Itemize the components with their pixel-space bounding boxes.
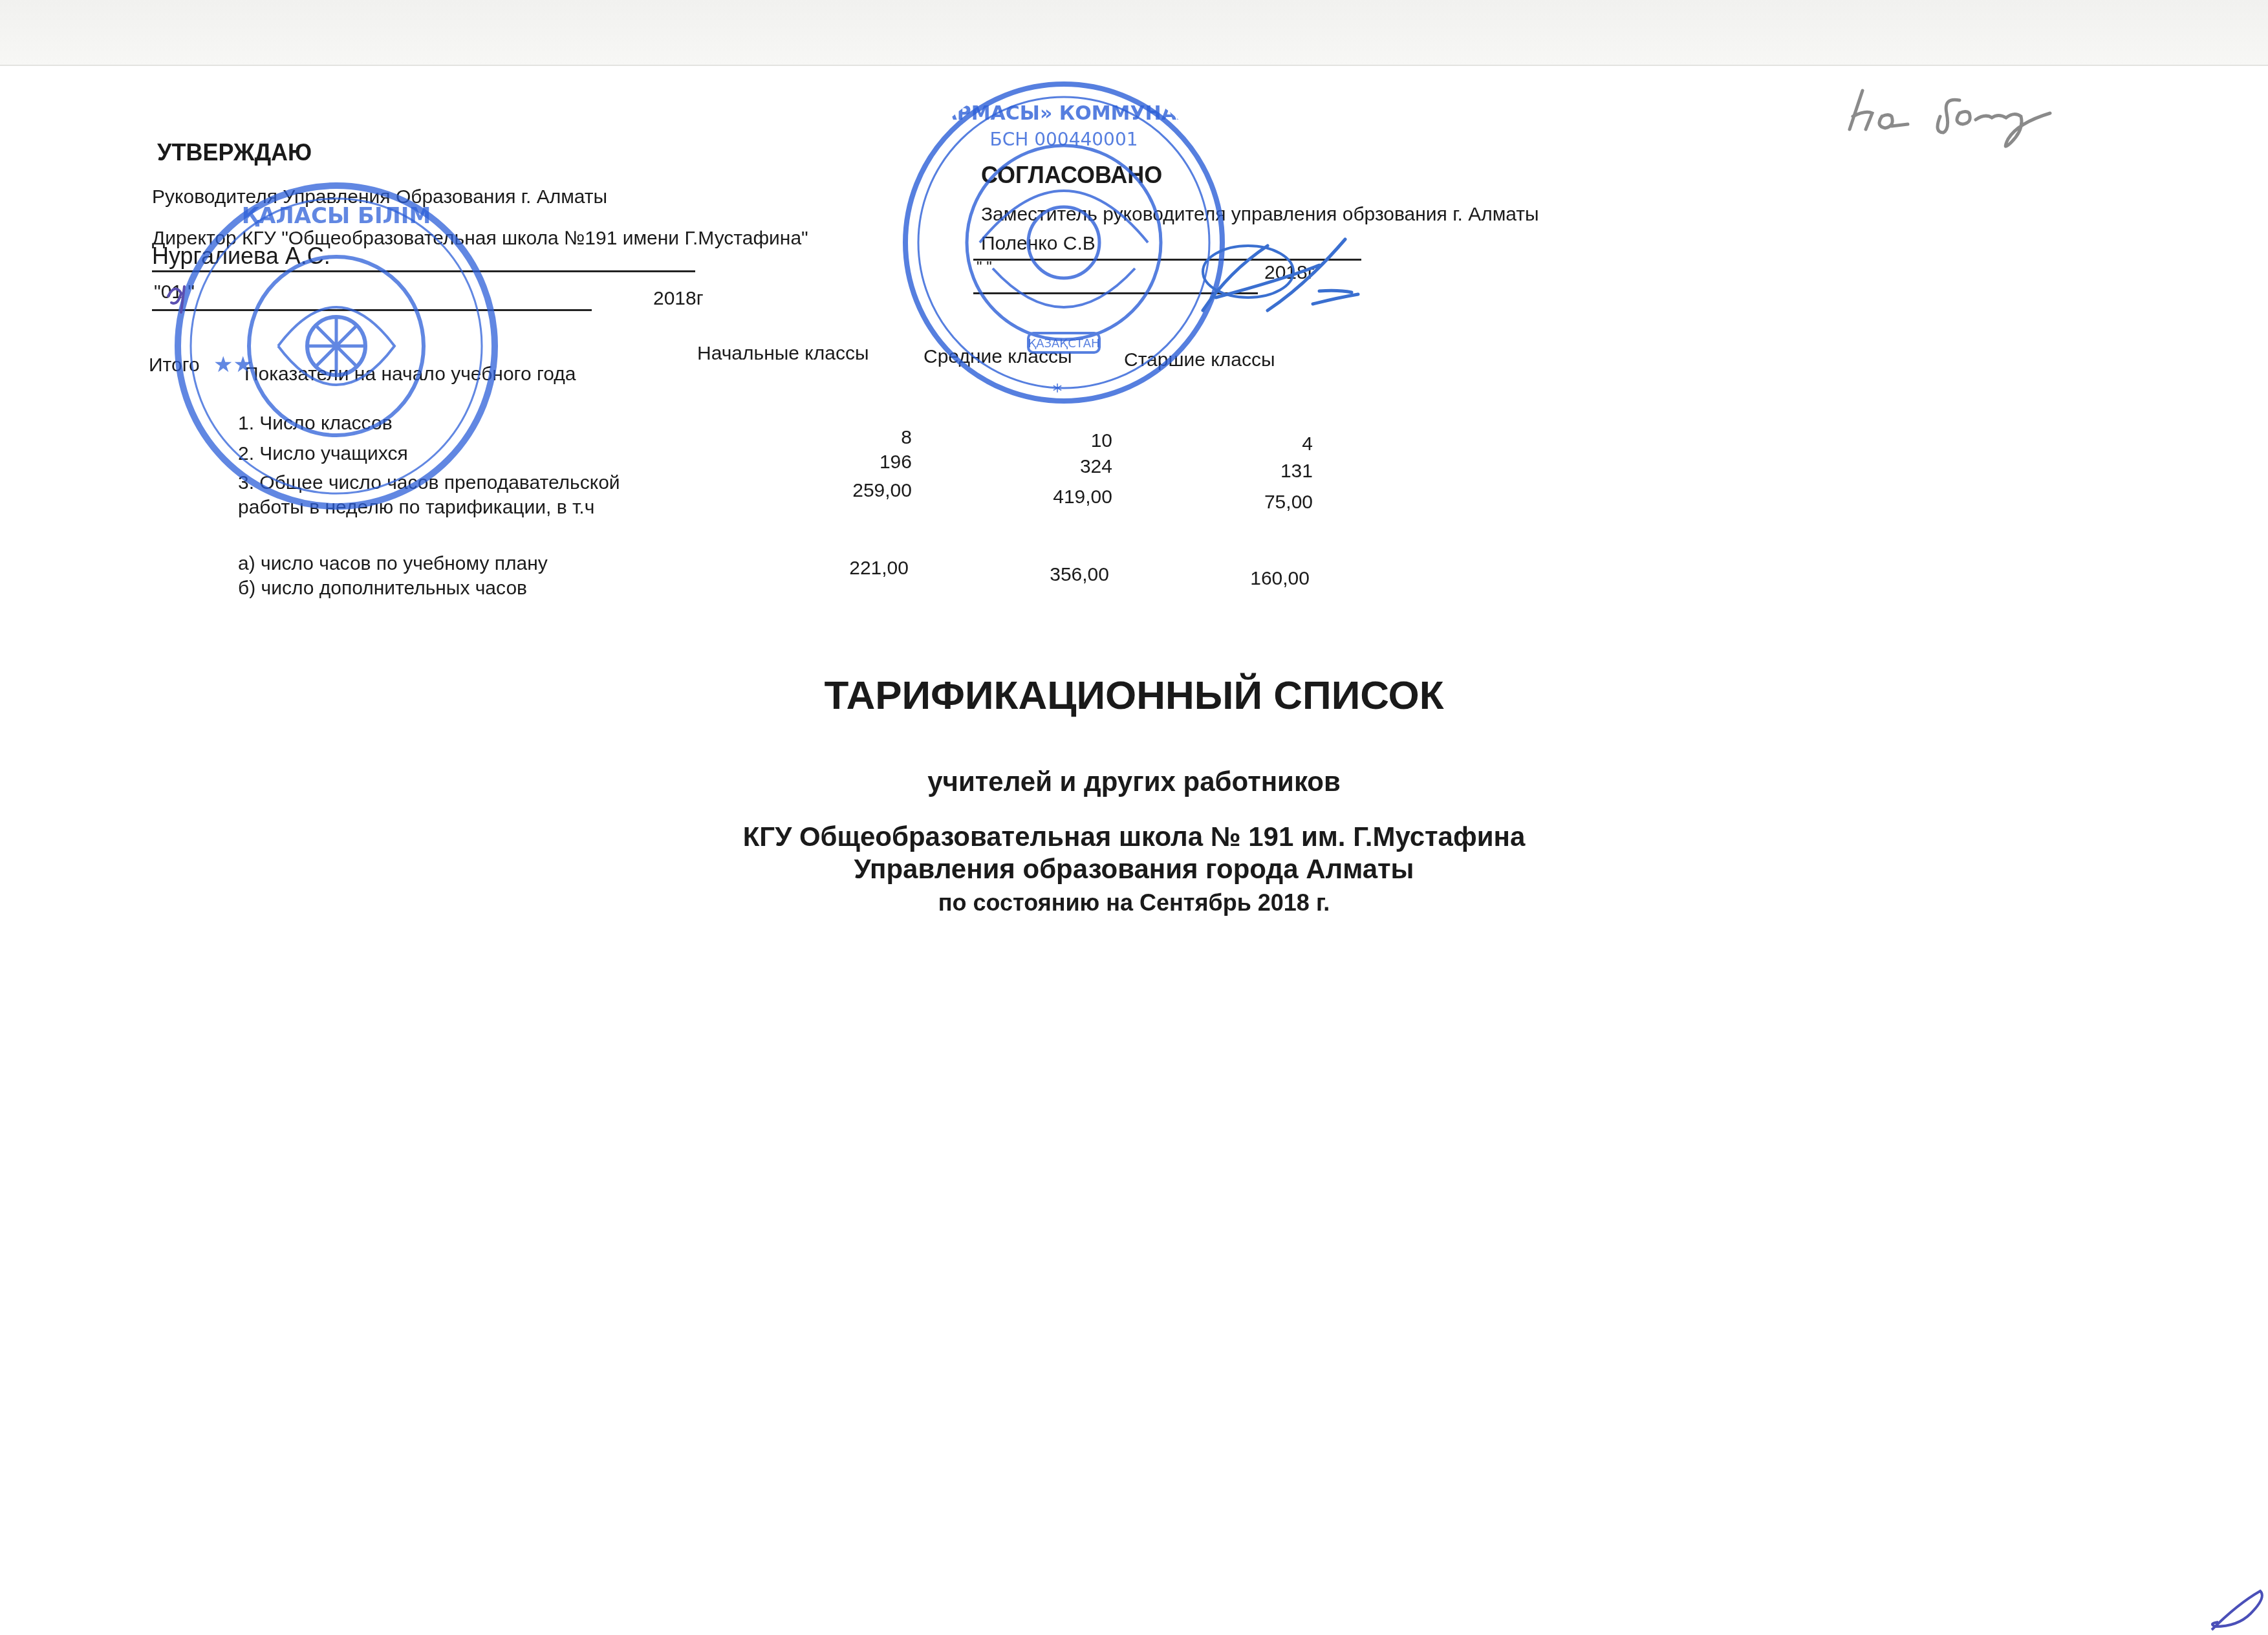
agreed-signature-line [973,259,1361,261]
date-line [152,309,592,311]
cell-plan-senior: 160,00 [1167,568,1310,590]
agreed-title: СОГЛАСОВАНО [981,162,1162,189]
document-title: ТАРИФИКАЦИОННЫЙ СПИСОК [0,673,2268,719]
svg-text:БСН 000440001: БСН 000440001 [989,129,1138,150]
as-of-date: по состоянию на Сентябрь 2018 г. [0,889,2268,916]
approval-position: Руководителя Управления Образования г. А… [152,186,607,208]
row-label-plan-hours: а) число часов по учебному плану [238,553,548,575]
approval-year: 2018г [653,288,704,310]
org-name: КГУ Общеобразовательная школа № 191 им. … [0,821,2268,852]
cell-classes-senior: 4 [1171,433,1313,455]
scan-edge [0,0,2268,66]
svg-text:БАСҚАРМАСЫ» КОММУНАЛДЫҚ: БАСҚАРМАСЫ» КОММУНАЛДЫҚ [896,102,1232,125]
signature-line [152,270,695,272]
cell-hours-primary: 259,00 [770,480,912,502]
cell-students-primary: 196 [770,451,912,473]
row-label-total-hours: 3. Общее число часов преподавательской [238,472,620,494]
col-header-total: Итого [149,354,200,376]
approval-date-day: "01 " [154,281,195,303]
cell-students-middle: 324 [970,456,1112,478]
cell-students-senior: 131 [1171,460,1313,482]
agreed-date-line [973,292,1258,294]
corner-signature-icon [2199,1578,2268,1635]
row-label-extra-hours: б) число дополнительных часов [238,578,527,600]
agreed-position: Заместитель руководителя управления обрз… [981,204,1539,226]
svg-text:*: * [1053,380,1063,403]
col-header-indicators: Показатели на начало учебного года [244,363,576,385]
cell-classes-primary: 8 [770,427,912,449]
document-subtitle: учителей и других работников [0,766,2268,797]
row-label-students: 2. Число учащихся [238,443,408,465]
cell-plan-middle: 356,00 [967,564,1109,586]
col-header-middle: Средние классы [923,346,1072,368]
approval-title: УТВЕРЖДАЮ [157,139,312,166]
cell-plan-primary: 221,00 [766,558,909,579]
row-label-classes: 1. Число классов [238,413,393,435]
col-header-senior: Старшие классы [1124,349,1275,371]
row-label-total-hours-cont: работы в неделю по тарификации, в т.ч [238,497,594,519]
agreed-name: Поленко С.В [981,233,1096,255]
agreed-year: 2018г [1264,262,1315,284]
approval-name: Нургалиева А.С. [152,243,330,270]
cell-hours-senior: 75,00 [1171,492,1313,514]
cell-classes-middle: 10 [970,430,1112,452]
col-header-primary: Начальные классы [697,343,869,365]
agreed-date-day: " " [977,259,992,277]
cell-hours-middle: 419,00 [970,486,1112,508]
org-department: Управления образования города Алматы [0,854,2268,885]
